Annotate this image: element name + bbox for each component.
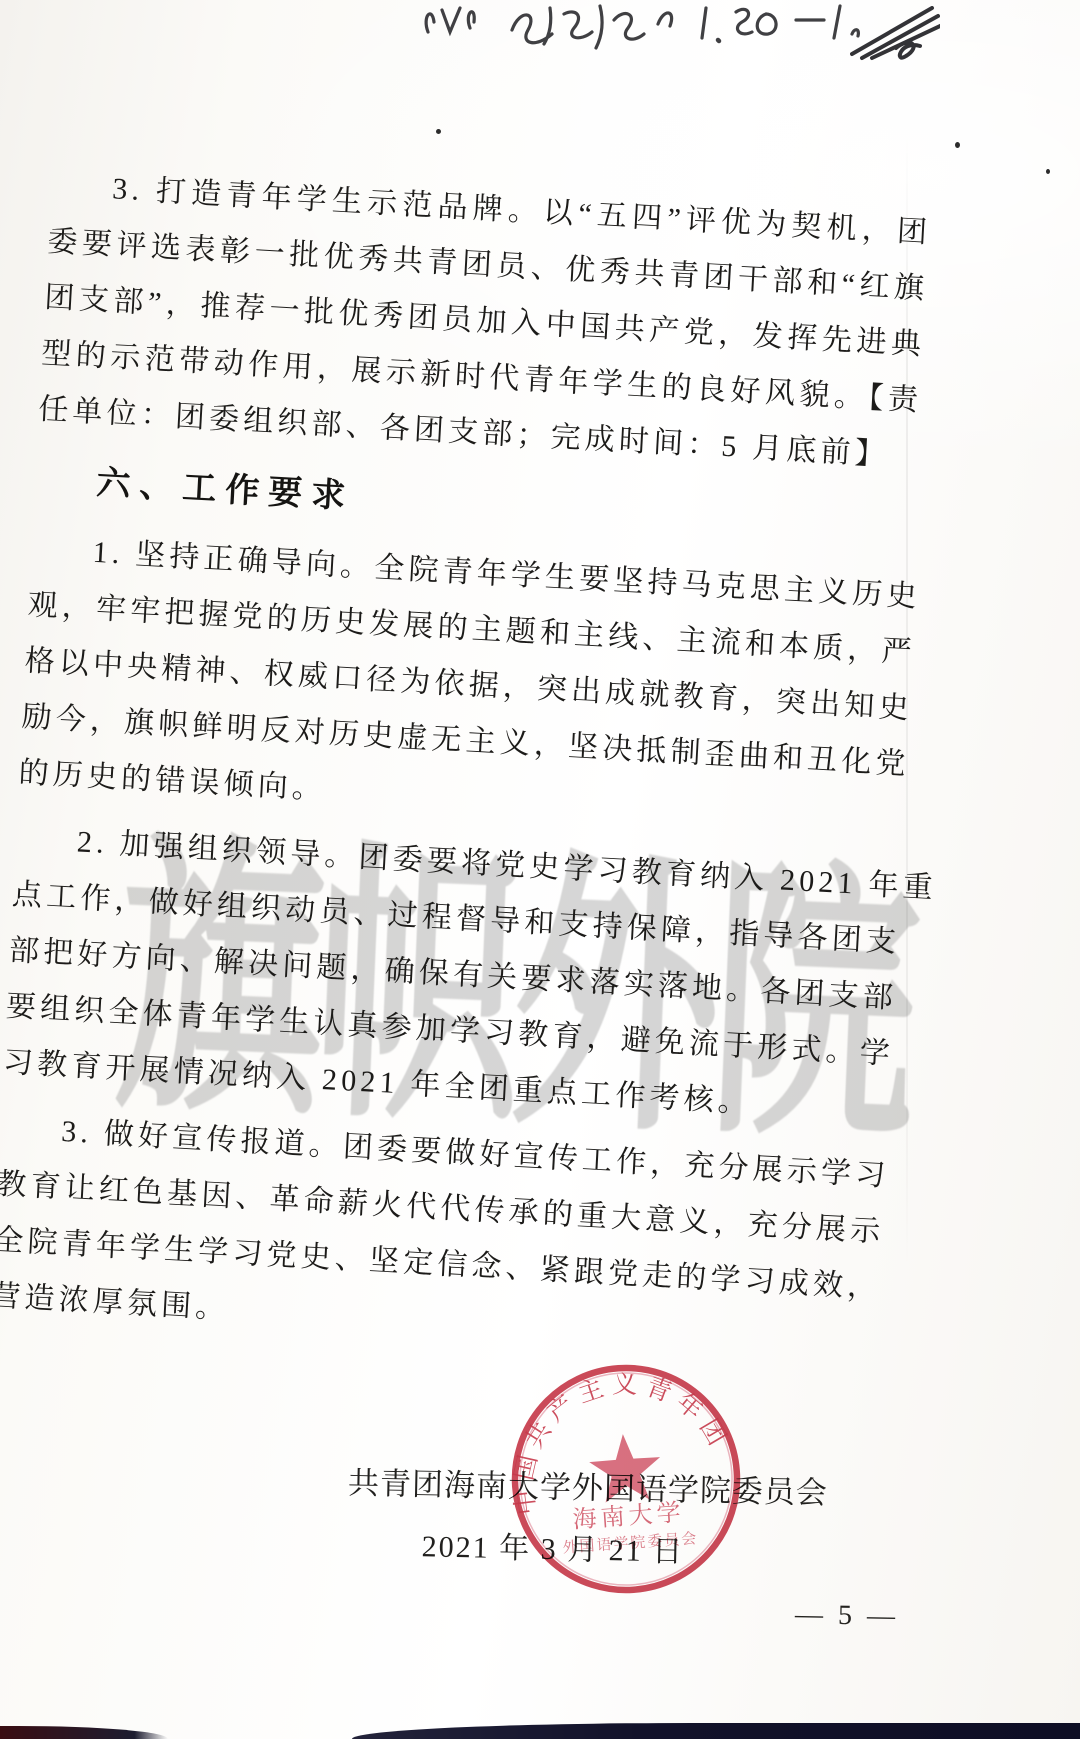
paragraph: 1. 坚持正确导向。全院青年学生要坚持马克思主义历史 观，牢牢把握党的历史发展的…	[17, 521, 913, 848]
seal-inner-text-2: 外国语学院委员会	[562, 1530, 699, 1556]
seal-inner-text-1: 海南大学	[572, 1499, 686, 1534]
photo-edge-bottom-left	[0, 1726, 168, 1739]
handwritten-scribble-signature	[852, 8, 940, 58]
paragraph: 3. 做好宣传报道。团委要做好宣传工作，充分展示学习 教育让红色基因、革命薪火代…	[0, 1101, 882, 1372]
official-seal: 中国共产主义青年团 海南大学 外国语学院委员会	[495, 1348, 758, 1611]
handwritten-annotation	[400, 0, 940, 62]
dust-speck	[955, 142, 960, 148]
document-page: 旗帜外院	[0, 0, 1080, 1739]
dust-speck	[1046, 169, 1050, 174]
paragraph: 3. 打造青年学生示范品牌。以“五四”评优为契机，团 委要评选表彰一批优秀共青团…	[37, 158, 933, 485]
photo-edge-bottom-right	[352, 1723, 1080, 1739]
document-body: 3. 打造青年学生示范品牌。以“五四”评优为契机，团 委要评选表彰一批优秀共青团…	[0, 158, 933, 1382]
seal-star	[587, 1432, 663, 1504]
seal-ring-text: 中国共产主义青年团	[502, 1363, 738, 1516]
dust-speck	[436, 129, 441, 134]
paragraph: 2. 加强组织领导。团委要将党史学习教育纳入 2021 年重 点工作，做好组织动…	[1, 811, 897, 1138]
page-number: — 5 —	[782, 1599, 913, 1633]
